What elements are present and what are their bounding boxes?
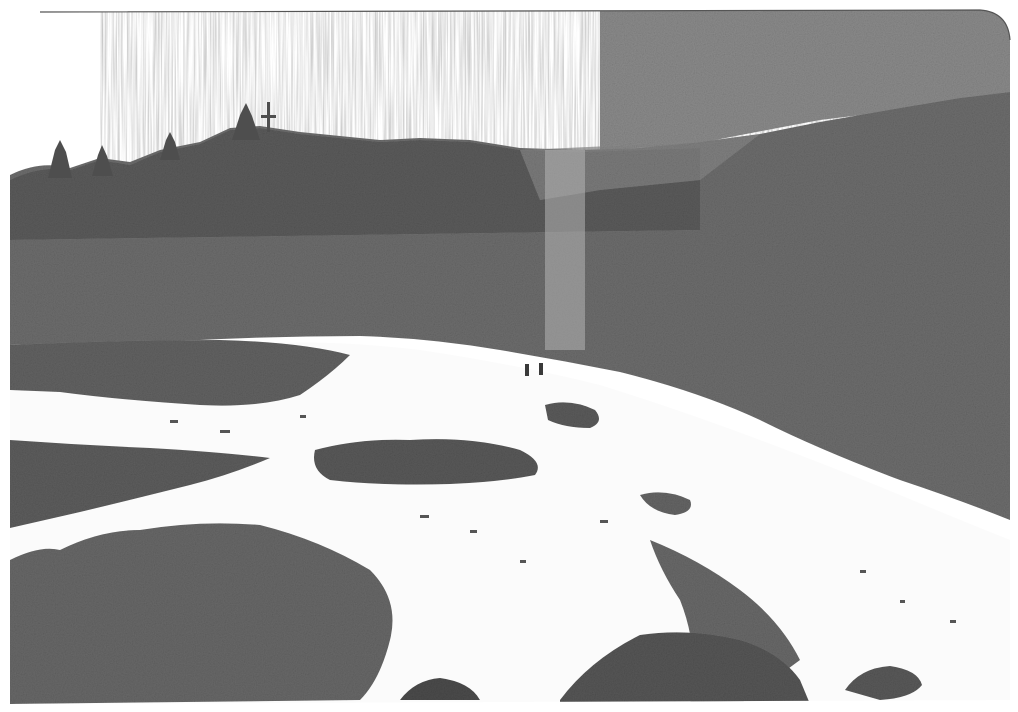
light-streak bbox=[545, 150, 585, 350]
vintage-photograph bbox=[0, 0, 1018, 712]
